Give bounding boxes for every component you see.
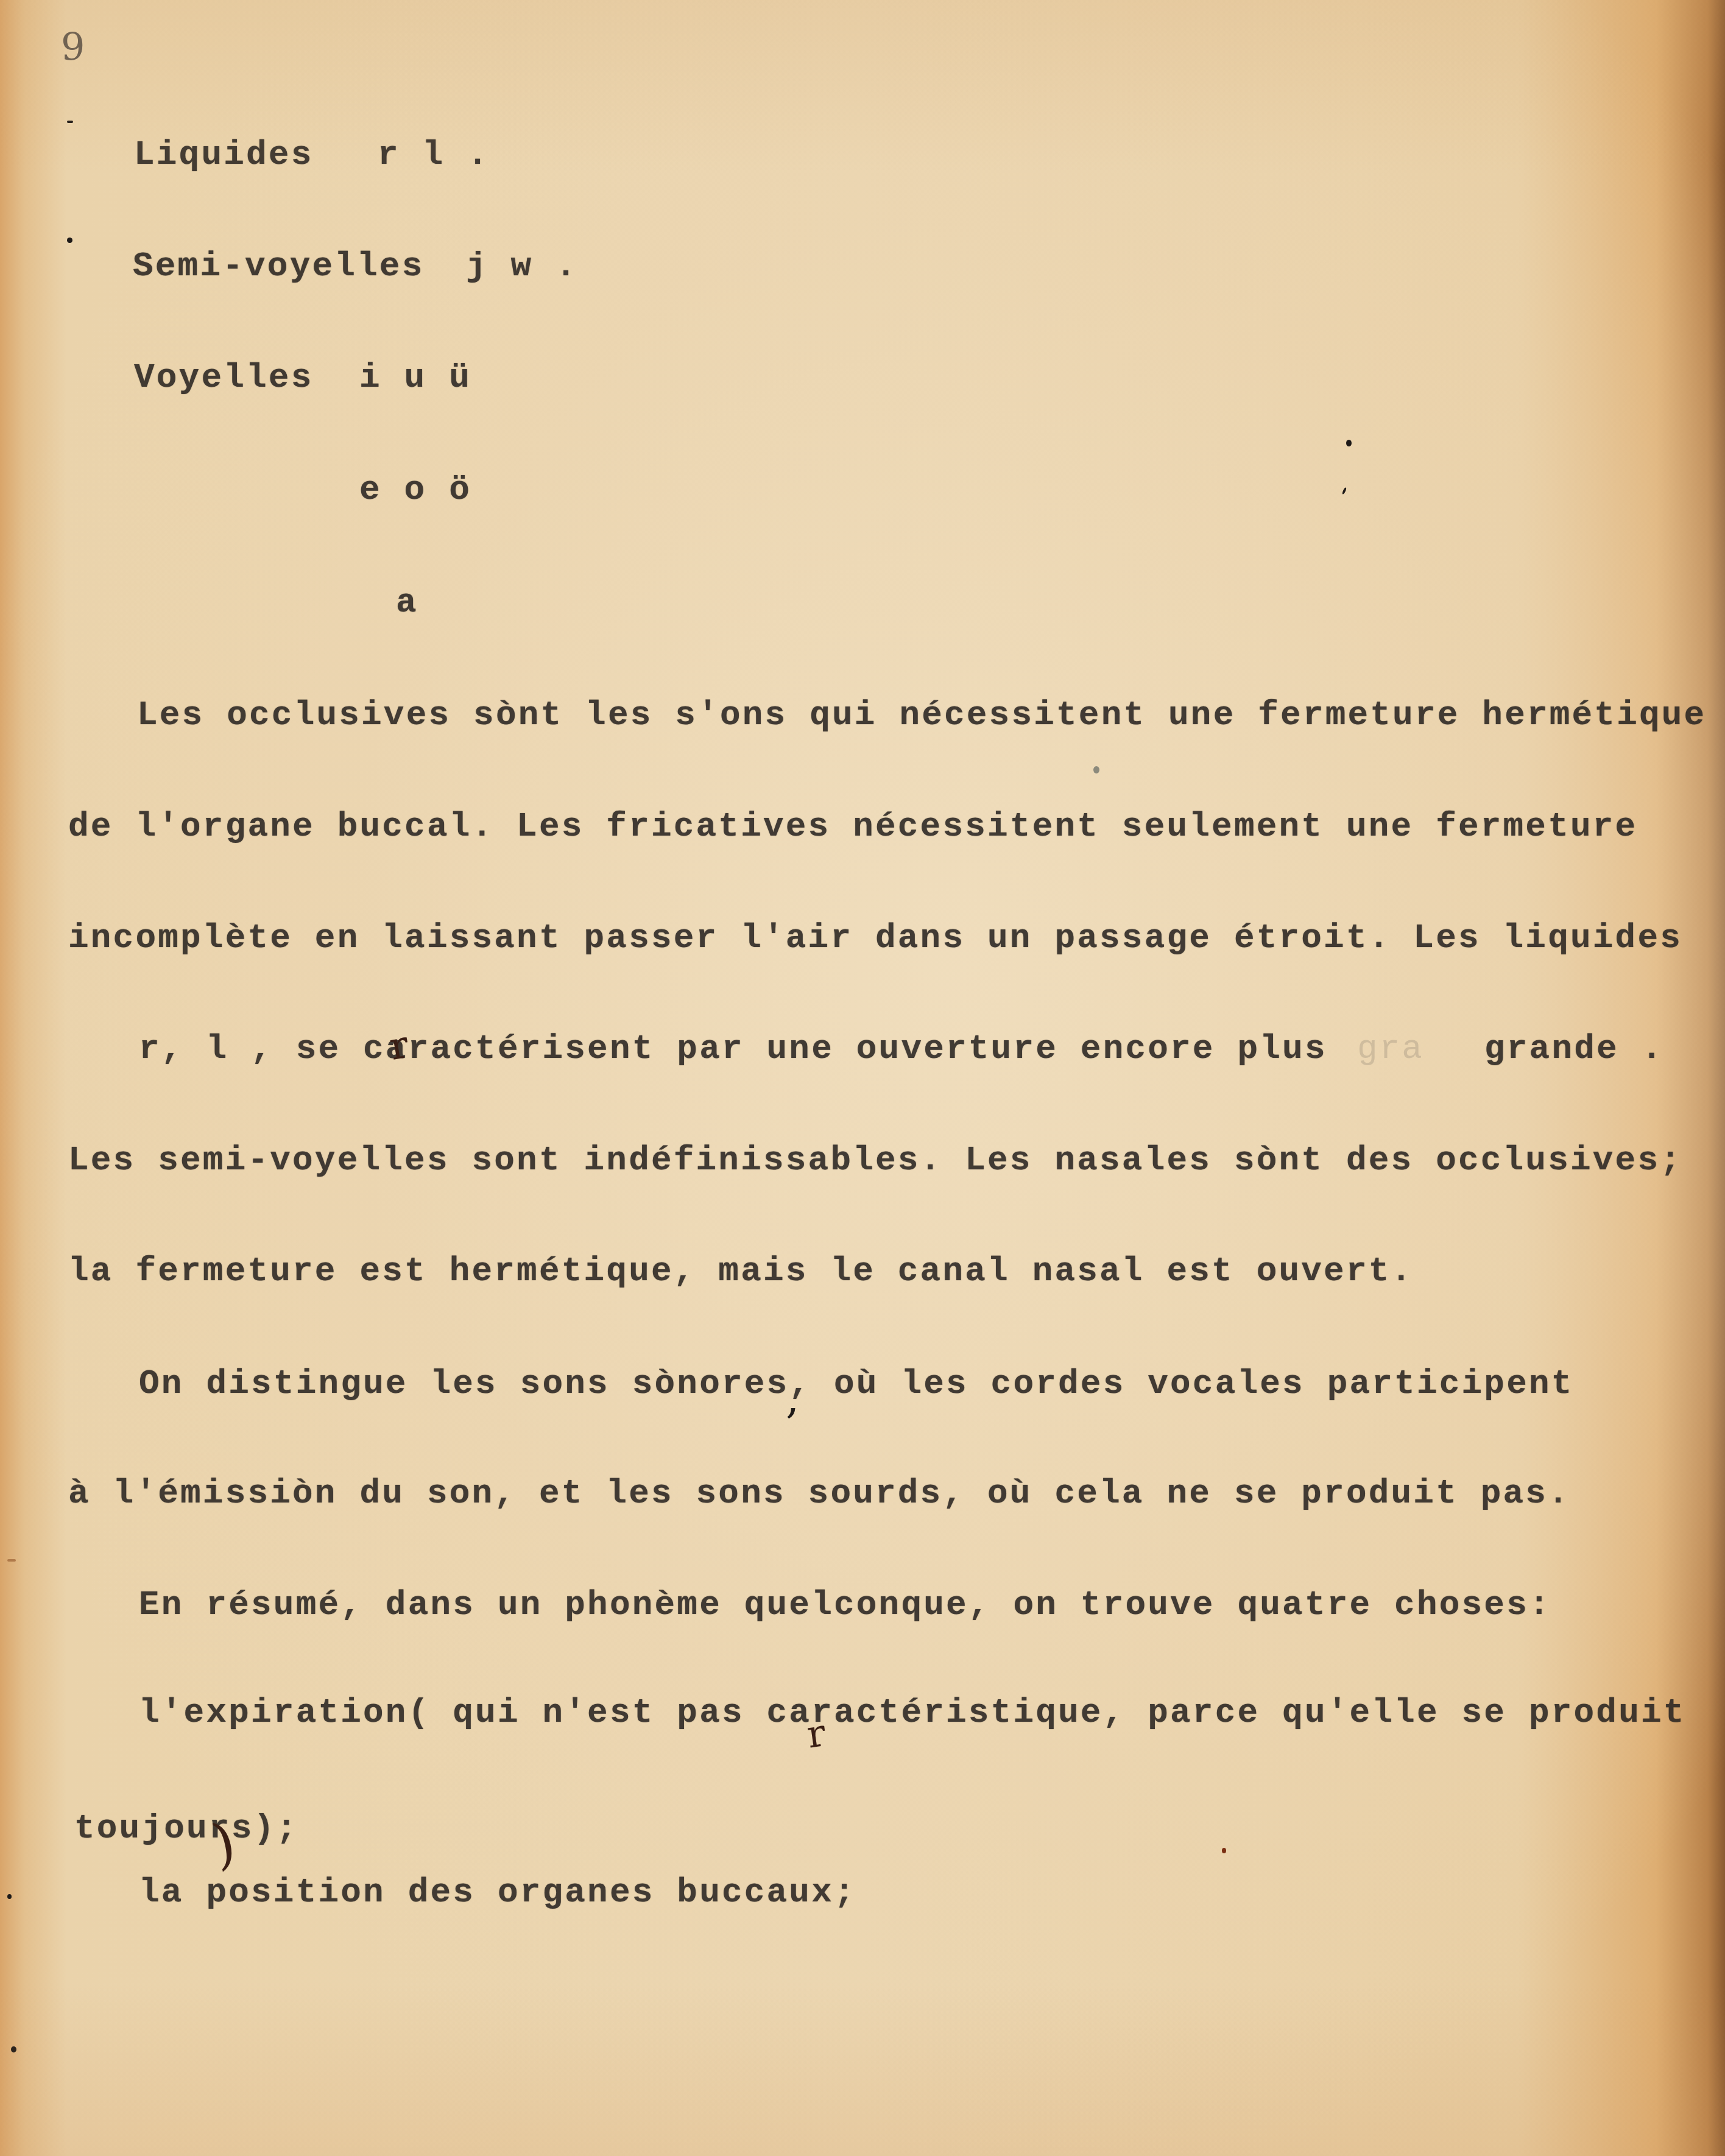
text-line-12: la position des organes buccaux; <box>139 1873 856 1912</box>
text-line-6: la fermeture est hermétique, mais le can… <box>68 1252 1413 1291</box>
text-line-3: incomplète en laissant passer l'air dans… <box>68 918 1682 957</box>
speck <box>1222 1848 1226 1853</box>
page-number: 9 <box>61 24 85 69</box>
list-label-voyelles: Voyelles <box>134 358 313 397</box>
text-line-11: toujours); <box>74 1809 298 1848</box>
speck <box>1346 440 1352 446</box>
speck <box>1093 766 1099 773</box>
list-symbols-voyelles-mid: e o ö <box>359 470 471 509</box>
margin-mark <box>7 1559 16 1562</box>
list-symbols-semi-voyelles: j w . <box>466 247 578 286</box>
text-line-8: à l'émissiòn du son, et les sons sourds,… <box>68 1474 1570 1513</box>
text-line-5: Les semi-voyelles sont indéfinissables. … <box>68 1141 1682 1180</box>
list-label-semi-voyelles: Semi-voyelles <box>133 247 424 286</box>
faded-struck-text: gra <box>1357 1029 1424 1068</box>
list-symbols-liquides: r l . <box>378 135 490 174</box>
speck <box>1342 487 1347 495</box>
handwritten-comma: , <box>786 1373 799 1423</box>
list-symbols-voyelles-high: i u ü <box>359 358 471 397</box>
list-label-liquides: Liquides <box>134 135 313 174</box>
list-symbols-voyelles-low: a <box>396 583 418 622</box>
text-line-10: l'expiration( qui n'est pas caractéristi… <box>139 1693 1686 1732</box>
text-line-1: Les occlusives sònt les s'ons qui nécess… <box>137 696 1706 735</box>
margin-mark <box>67 121 73 123</box>
text-line-4: r, l , se caractérisent par une ouvertur… <box>139 1029 1327 1068</box>
text-line-9: En résumé, dans un phonème quelconque, o… <box>139 1585 1551 1624</box>
text-line-7: On distingue les sons sònores, où les co… <box>139 1364 1574 1403</box>
margin-dot <box>11 2046 16 2052</box>
text-line-4-end: grande . <box>1484 1029 1663 1068</box>
text-line-2: de l'organe buccal. Les fricatives néces… <box>68 807 1637 846</box>
margin-dot <box>7 1894 12 1899</box>
margin-dot <box>67 238 72 243</box>
document-page: 9 Liquides r l . Semi-voyelles j w . Voy… <box>0 0 1725 2156</box>
